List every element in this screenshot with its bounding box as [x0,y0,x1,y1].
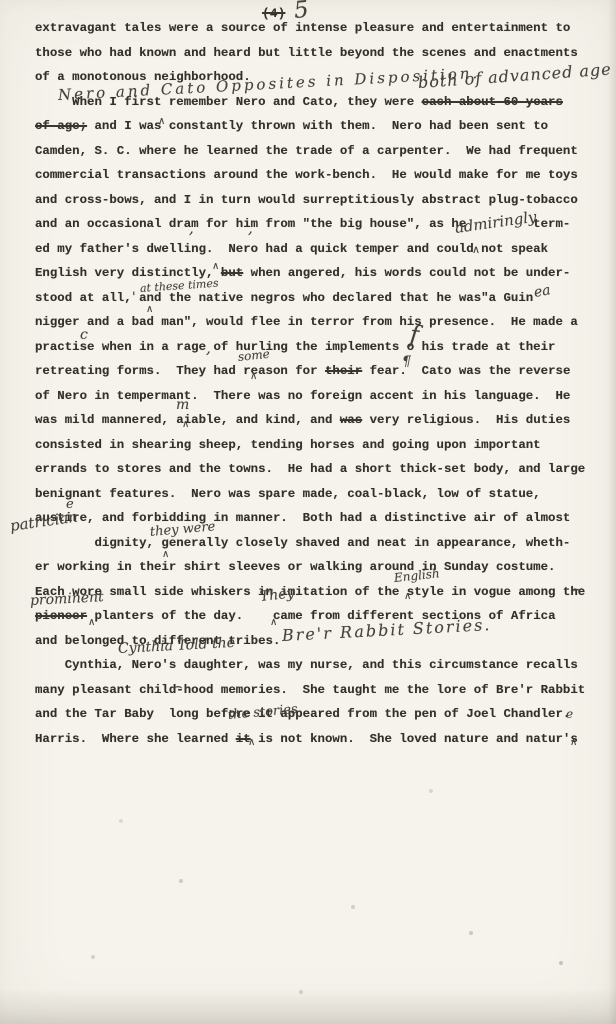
typed-line: Camden, S. C. where he learned the trade… [35,139,605,164]
typed-line: Harris. Where she learned it is not know… [35,727,605,752]
typed-text-segment: extravagant tales were a source of inten… [35,21,570,35]
typed-text-segment: fear. Cato was the reverse [362,364,570,378]
typed-line: er working in their shirt sleeves or wal… [35,555,605,580]
typed-line: those who had known and heard but little… [35,41,605,66]
typed-line: Each wore small side whiskers in imitati… [35,580,605,605]
typed-text-segment: When I first remember Nero and Cato, the… [35,95,422,109]
typed-text-segment: and the Tar Baby long before it appeared… [35,707,570,721]
page-right-edge [608,0,616,1024]
struck-text: was [340,413,362,427]
typed-text-segment: benignant features. Nero was spare made,… [35,487,541,501]
typed-text-segment: very religious. His duties [362,413,570,427]
struck-text: their [325,364,362,378]
typed-line: austire, and forbidding in manner. Both … [35,506,605,531]
typed-text-segment: ed my father's dwelling. Nero had a quic… [35,242,548,256]
typed-line: dignity, generally closely shaved and ne… [35,531,605,556]
typed-text: extravagant tales were a source of inten… [35,16,605,751]
typed-line: of a monotonous neighborhood. [35,65,605,90]
typed-line: and cross-bows, and I in turn would surr… [35,188,605,213]
typed-text-segment: was mild mannered, aiable, and kind, and [35,413,340,427]
typed-line: errands to stores and the towns. He had … [35,457,605,482]
typed-text-segment: practise when in a rage of hurling the i… [35,340,556,354]
typed-text-segment: stood at all, and the native negros who … [35,291,533,305]
typed-text-segment: planters of the day. came from different… [87,609,555,623]
typed-text-segment: Camden, S. C. where he learned the trade… [35,144,578,158]
typed-text-segment: Cynthia, Nero's daughter, was my nurse, … [35,658,578,672]
struck-text: of age; [35,119,87,133]
typed-text-segment: many pleasant child-hood memories. She t… [35,683,585,697]
typed-text-segment: retreating forms. They had reason for [35,364,325,378]
typed-text-segment: is not known. She loved nature and natur… [251,732,578,746]
struck-text: it [236,732,251,746]
typed-line: practise when in a rage of hurling the i… [35,335,605,360]
typed-text-segment: dignity, generally closely shaved and ne… [35,536,570,550]
page-bottom-edge [0,988,616,1024]
typed-text-segment: and belonged to different tribes. [35,634,280,648]
struck-text: but [221,266,243,280]
typed-line: pioneer planters of the day. came from d… [35,604,605,629]
typed-line: and an occasional dram for him from "the… [35,212,605,237]
typed-line: Cynthia, Nero's daughter, was my nurse, … [35,653,605,678]
typed-line: extravagant tales were a source of inten… [35,16,605,41]
typed-line: was mild mannered, aiable, and kind, and… [35,408,605,433]
typed-text-segment: of a monotonous neighborhood. [35,70,251,84]
struck-text: pioneer [35,609,87,623]
typed-line: nigger and a bad man", would flee in ter… [35,310,605,335]
typed-text-segment: and I was constantly thrown with them. N… [87,119,548,133]
typed-line: of Nero in tempermant. There was no fore… [35,384,605,409]
typed-text-segment: Harris. Where she learned [35,732,236,746]
typed-line: and the Tar Baby long before it appeared… [35,702,605,727]
typed-line: consisted in shearing sheep, tending hor… [35,433,605,458]
typed-line: of age; and I was constantly thrown with… [35,114,605,139]
typed-text-segment: English very distinctly, [35,266,221,280]
typed-line: ed my father's dwelling. Nero had a quic… [35,237,605,262]
typed-text-segment: and cross-bows, and I in turn would surr… [35,193,578,207]
typed-line: many pleasant child-hood memories. She t… [35,678,605,703]
typed-text-segment: of Nero in tempermant. There was no fore… [35,389,570,403]
typed-text-segment: errands to stores and the towns. He had … [35,462,585,476]
paper-specks [0,0,2,2]
typed-text-segment: when angered, his words could not be und… [243,266,570,280]
manuscript-page: extravagant tales were a source of inten… [0,0,616,1024]
struck-text: each about 60 years [422,95,563,109]
typed-text-segment: consisted in shearing sheep, tending hor… [35,438,541,452]
typed-line: commercial transactions around the work-… [35,163,605,188]
typed-text-segment: austire, and forbidding in manner. Both … [35,511,570,525]
typed-text-segment: commercial transactions around the work-… [35,168,578,182]
typed-line: benignant features. Nero was spare made,… [35,482,605,507]
typed-line: stood at all, and the native negros who … [35,286,605,311]
typed-text-segment: Each wore small side whiskers in imitati… [35,585,585,599]
typed-text-segment: and an occasional dram for him from "the… [35,217,570,231]
typed-line: When I first remember Nero and Cato, the… [35,90,605,115]
typed-text-segment: nigger and a bad man", would flee in ter… [35,315,578,329]
typed-line: retreating forms. They had reason for th… [35,359,605,384]
typed-line: and belonged to different tribes. [35,629,605,654]
typed-text-segment: those who had known and heard but little… [35,46,578,60]
typed-line: English very distinctly, but when angere… [35,261,605,286]
typed-text-segment: er working in their shirt sleeves or wal… [35,560,556,574]
